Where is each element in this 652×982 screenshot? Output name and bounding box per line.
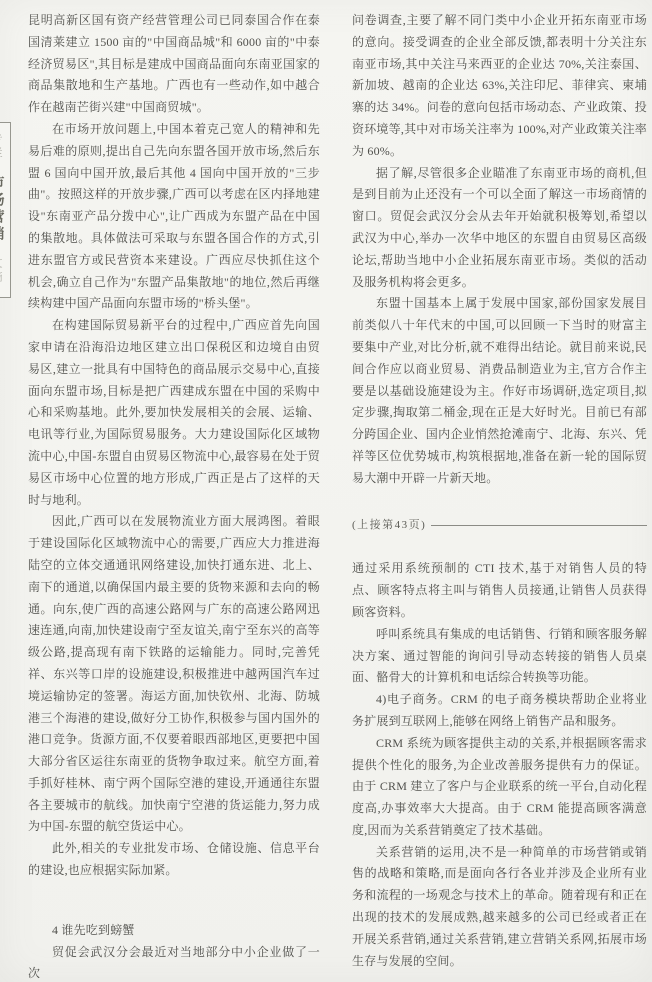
right-column: 问卷调查,主要了解不同门类中小企业开拓东南亚市场的意向。接受调查的企业全部反馈,… bbox=[352, 10, 647, 972]
sidebar-tab-text-main: 市场营销 bbox=[0, 175, 3, 243]
sidebar-tab-text-top: 专栏 bbox=[0, 133, 1, 161]
sidebar-section-tab: 专栏 市场营销 文摘 bbox=[0, 122, 11, 298]
article-paragraph: 关系营销的运用,决不是一种简单的市场营销或销售的战略和策略,而是面向各行各业并涉… bbox=[352, 842, 647, 973]
article-paragraph: 在构建国际贸易新平台的过程中,广西应首先向国家申请在沿海沿边地区建立出口保税区和… bbox=[28, 315, 320, 511]
magazine-page: 专栏 市场营销 文摘 昆明高新区国有资产经营管理公司已同泰国合作在泰国清莱建立 … bbox=[0, 0, 652, 982]
divider-line bbox=[431, 525, 647, 526]
sidebar-tab-text-bottom: 文摘 bbox=[0, 257, 1, 285]
article-paragraph: 4)电子商务。CRM 的电子商务模块帮助企业将业务扩展到互联网上,能够在网络上销… bbox=[352, 689, 647, 733]
article-paragraph: 贸促会武汉分会最近对当地部分中小企业做了一次 bbox=[28, 942, 320, 982]
article-paragraph: 据了解,尽管很多企业瞄准了东南亚市场的商机,但是到目前为止还没有一个可以全面了解… bbox=[352, 163, 647, 294]
article-paragraph: 问卷调查,主要了解不同门类中小企业开拓东南亚市场的意向。接受调查的企业全部反馈,… bbox=[352, 10, 647, 163]
section-heading: 4 谁先吃到螃蟹 bbox=[28, 920, 320, 942]
article-paragraph: 呼叫系统具有集成的电话销售、行销和顾客服务解决方案、通过智能的询问引导动态转接的… bbox=[352, 624, 647, 689]
article-paragraph: CRM 系统为顾客提供主动的关系,并根据顾客需求提供个性化的服务,为企业改善服务… bbox=[352, 733, 647, 842]
article-paragraph: 通过采用系统预制的 CTI 技术,基于对销售人员的特点、顾客特点将主叫与销售人员… bbox=[352, 558, 647, 623]
article-paragraph: 东盟十国基本上属于发展中国家,部份国家发展目前类似八十年代末的中国,可以回顾一下… bbox=[352, 293, 647, 489]
article-paragraph: 因此,广西可以在发展物流业方面大展鸿图。着眼于建设国际化区域物流中心的需要,广西… bbox=[28, 511, 320, 838]
continued-from-label: (上接第43页) bbox=[352, 515, 426, 537]
left-column: 昆明高新区国有资产经营管理公司已同泰国合作在泰国清莱建立 1500 亩的"中国商… bbox=[28, 10, 320, 982]
article-paragraph: 在市场开放问题上,中国本着克己宽人的精神和先易后难的原则,提出自己先向东盟各国开… bbox=[28, 119, 320, 315]
article-paragraph: 昆明高新区国有资产经营管理公司已同泰国合作在泰国清莱建立 1500 亩的"中国商… bbox=[28, 10, 320, 119]
continued-from-note: (上接第43页) bbox=[352, 515, 647, 537]
article-paragraph: 此外,相关的专业批发市场、仓储设施、信息平台的建设,也应根据实际加紧。 bbox=[28, 838, 320, 882]
